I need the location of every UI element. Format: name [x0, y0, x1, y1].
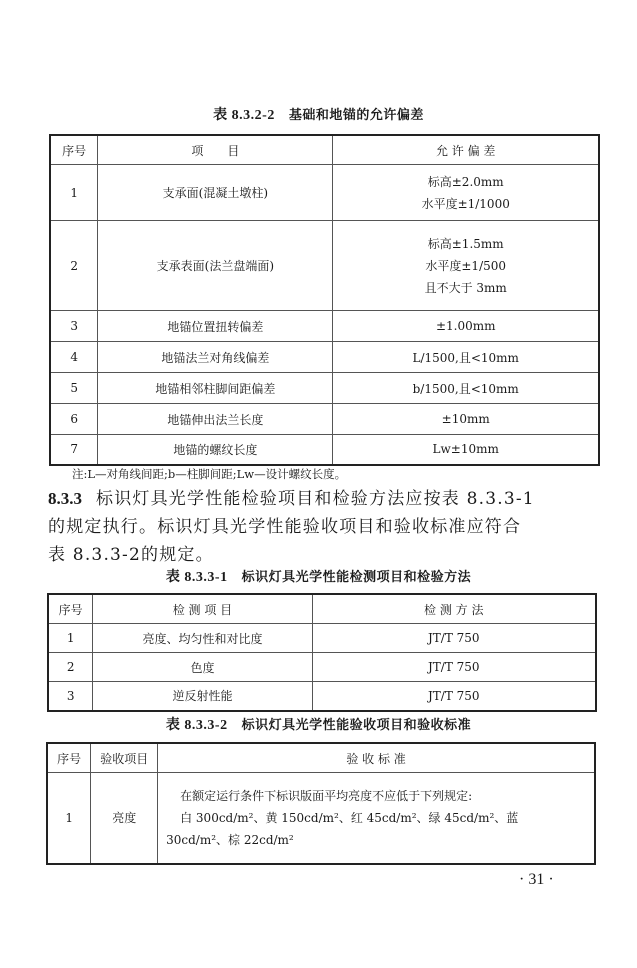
row-no: 1 — [47, 773, 91, 864]
table-row: 3 地锚位置扭转偏差 ±1.00mm — [50, 311, 599, 342]
table3-header-no: 序号 — [47, 743, 91, 773]
table1-foundation-anchor-tolerance: 序号 项 目 允 许 偏 差 1 支承面(混凝土墩柱) 标高±2.0mm 水平度… — [49, 134, 600, 466]
tolerance-line: 标高±2.0mm — [333, 171, 598, 193]
table-row: 1 亮度、均匀性和对比度 JT/T 750 — [48, 624, 596, 653]
table1-header-item: 项 目 — [98, 135, 333, 165]
section-8-3-3-paragraph: 8.3.3标识灯具光学性能检验项目和检验方法应按表 8.3.3-1 的规定执行。… — [48, 485, 600, 569]
table2-header-no: 序号 — [48, 594, 93, 624]
row-item: 亮度、均匀性和对比度 — [93, 624, 312, 653]
page-number: · 31 · — [519, 871, 554, 889]
table2-caption-title: 标识灯具光学性能检测项目和检验方法 — [242, 570, 472, 585]
paragraph-text: 标识灯具光学性能检验项目和检验方法应按表 8.3.3-1 — [96, 489, 535, 509]
row-no: 3 — [48, 682, 93, 711]
row-tolerance: ±1.00mm — [333, 311, 599, 342]
row-tolerance: ±10mm — [333, 404, 599, 435]
row-tolerance: 标高±2.0mm 水平度±1/1000 — [333, 165, 599, 221]
row-standard: 在额定运行条件下标识版面平均亮度不应低于下列规定: 白 300cd/m²、黄 1… — [158, 773, 595, 864]
row-tolerance: b/1500,且<10mm — [333, 373, 599, 404]
table-row: 2 支承表面(法兰盘端面) 标高±1.5mm 水平度±1/500 且不大于 3m… — [50, 221, 599, 311]
standard-line: 白 300cd/m²、黄 150cd/m²、红 45cd/m²、绿 45cd/m… — [166, 807, 586, 829]
table-row: 1 亮度 在额定运行条件下标识版面平均亮度不应低于下列规定: 白 300cd/m… — [47, 773, 595, 864]
table3-header-row: 序号 验收项目 验 收 标 准 — [47, 743, 595, 773]
table1-caption: 表 8.3.2-2基础和地锚的允许偏差 — [0, 104, 637, 124]
row-item: 地锚法兰对角线偏差 — [98, 342, 333, 373]
row-no: 2 — [50, 221, 98, 311]
row-item: 地锚相邻柱脚间距偏差 — [98, 373, 333, 404]
table1-note: 注:L—对角线间距;b—柱脚间距;Lw—设计螺纹长度。 — [72, 466, 346, 482]
row-tolerance: Lw±10mm — [333, 435, 599, 465]
table3-header-item: 验收项目 — [91, 743, 158, 773]
table3-caption-title: 标识灯具光学性能验收项目和验收标准 — [242, 718, 472, 733]
standard-line: 在额定运行条件下标识版面平均亮度不应低于下列规定: — [166, 785, 586, 807]
table2-header-method: 检 测 方 法 — [312, 594, 596, 624]
row-item: 支承面(混凝土墩柱) — [98, 165, 333, 221]
row-item: 支承表面(法兰盘端面) — [98, 221, 333, 311]
table1-header-tolerance: 允 许 偏 差 — [333, 135, 599, 165]
row-item: 逆反射性能 — [93, 682, 312, 711]
table-row: 2 色度 JT/T 750 — [48, 653, 596, 682]
paragraph-line-1: 8.3.3标识灯具光学性能检验项目和检验方法应按表 8.3.3-1 — [48, 485, 600, 513]
table3-header-standard: 验 收 标 准 — [158, 743, 595, 773]
row-method: JT/T 750 — [312, 682, 596, 711]
table1-caption-title: 基础和地锚的允许偏差 — [289, 108, 424, 123]
table2-caption-number: 表 8.3.3-1 — [166, 570, 228, 585]
table-row: 5 地锚相邻柱脚间距偏差 b/1500,且<10mm — [50, 373, 599, 404]
table-row: 6 地锚伸出法兰长度 ±10mm — [50, 404, 599, 435]
paragraph-line-2: 的规定执行。标识灯具光学性能验收项目和验收标准应符合 — [48, 513, 600, 541]
table1-header-no: 序号 — [50, 135, 98, 165]
table-row: 3 逆反射性能 JT/T 750 — [48, 682, 596, 711]
row-no: 4 — [50, 342, 98, 373]
table3-caption: 表 8.3.3-2标识灯具光学性能验收项目和验收标准 — [0, 714, 637, 734]
table-row: 1 支承面(混凝土墩柱) 标高±2.0mm 水平度±1/1000 — [50, 165, 599, 221]
paragraph-line-3: 表 8.3.3-2的规定。 — [48, 541, 600, 569]
row-item: 亮度 — [91, 773, 158, 864]
row-item: 色度 — [93, 653, 312, 682]
tolerance-line: 水平度±1/1000 — [333, 193, 598, 215]
row-no: 2 — [48, 653, 93, 682]
row-no: 1 — [48, 624, 93, 653]
table2-header-row: 序号 检 测 项 目 检 测 方 法 — [48, 594, 596, 624]
row-item: 地锚位置扭转偏差 — [98, 311, 333, 342]
section-number: 8.3.3 — [48, 489, 82, 508]
table2-caption: 表 8.3.3-1标识灯具光学性能检测项目和检验方法 — [0, 566, 637, 586]
table1-caption-number: 表 8.3.2-2 — [213, 108, 275, 123]
table-row: 4 地锚法兰对角线偏差 L/1500,且<10mm — [50, 342, 599, 373]
row-item: 地锚的螺纹长度 — [98, 435, 333, 465]
row-tolerance: L/1500,且<10mm — [333, 342, 599, 373]
row-item: 地锚伸出法兰长度 — [98, 404, 333, 435]
row-no: 3 — [50, 311, 98, 342]
row-method: JT/T 750 — [312, 653, 596, 682]
row-method: JT/T 750 — [312, 624, 596, 653]
tolerance-line: 水平度±1/500 — [333, 255, 598, 277]
row-tolerance: 标高±1.5mm 水平度±1/500 且不大于 3mm — [333, 221, 599, 311]
row-no: 1 — [50, 165, 98, 221]
tolerance-line: 标高±1.5mm — [333, 233, 598, 255]
table2-optical-test-methods: 序号 检 测 项 目 检 测 方 法 1 亮度、均匀性和对比度 JT/T 750… — [47, 593, 597, 712]
tolerance-line: 且不大于 3mm — [333, 277, 598, 299]
row-no: 6 — [50, 404, 98, 435]
table3-optical-acceptance-criteria: 序号 验收项目 验 收 标 准 1 亮度 在额定运行条件下标识版面平均亮度不应低… — [46, 742, 596, 865]
table2-header-item: 检 测 项 目 — [93, 594, 312, 624]
standard-line: 30cd/m²、棕 22cd/m² — [166, 829, 586, 851]
row-no: 7 — [50, 435, 98, 465]
table-row: 7 地锚的螺纹长度 Lw±10mm — [50, 435, 599, 465]
table1-header-row: 序号 项 目 允 许 偏 差 — [50, 135, 599, 165]
table3-caption-number: 表 8.3.3-2 — [166, 718, 228, 733]
row-no: 5 — [50, 373, 98, 404]
